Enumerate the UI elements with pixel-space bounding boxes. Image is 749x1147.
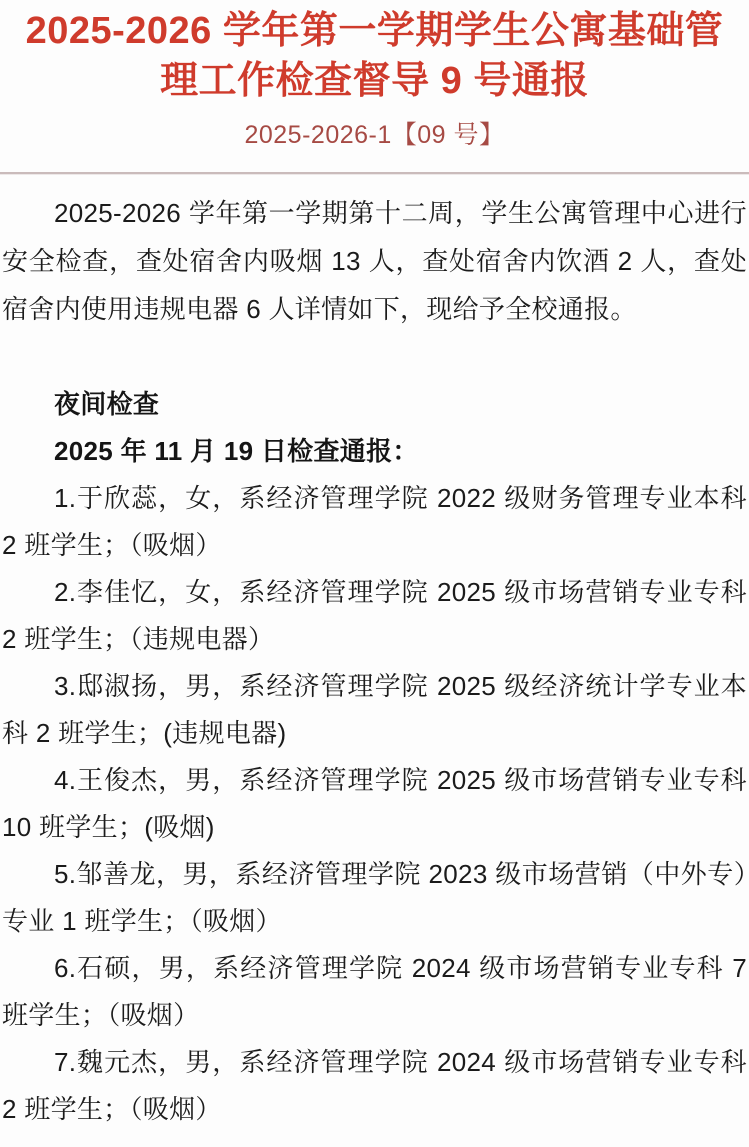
notice-item: 2.李佳忆，女，系经济管理学院 2025 级市场营销专业专科 2 班学生；（违规…	[2, 569, 747, 663]
notice-item: 6.石硕，男，系经济管理学院 2024 级市场营销专业专科 7 班学生；（吸烟）	[2, 945, 747, 1039]
doc-number: 2025-2026-1【09 号】	[2, 119, 747, 151]
notice-item: 1.于欣蕊，女，系经济管理学院 2022 级财务管理专业本科 2 班学生；（吸烟…	[2, 475, 747, 569]
divider	[0, 172, 749, 174]
page-title-line2: 理工作检查督导 9 号通报	[2, 56, 747, 106]
page-title-line1: 2025-2026 学年第一学期学生公寓基础管	[2, 6, 747, 56]
notice-item: 3.邸淑扬，男，系经济管理学院 2025 级经济统计学专业本科 2 班学生；(违…	[2, 663, 747, 757]
intro-paragraph: 2025-2026 学年第一学期第十二周，学生公寓管理中心进行安全检查，查处宿舍…	[2, 189, 747, 333]
notice-item: 4.王俊杰，男，系经济管理学院 2025 级市场营销专业专科 10 班学生；(吸…	[2, 757, 747, 851]
page-title: 2025-2026 学年第一学期学生公寓基础管 理工作检查督导 9 号通报	[2, 6, 747, 106]
section-heading-night-check: 夜间检查	[2, 381, 747, 428]
notice-document: 2025-2026 学年第一学期学生公寓基础管 理工作检查督导 9 号通报 20…	[0, 0, 749, 1147]
notice-item: 7.魏元杰，男，系经济管理学院 2024 级市场营销专业专科 2 班学生；（吸烟…	[2, 1039, 747, 1133]
section-heading-date: 2025 年 11 月 19 日检查通报：	[2, 428, 747, 475]
notice-item: 5.邹善龙，男，系经济管理学院 2023 级市场营销（中外专）专业 1 班学生；…	[2, 851, 747, 945]
